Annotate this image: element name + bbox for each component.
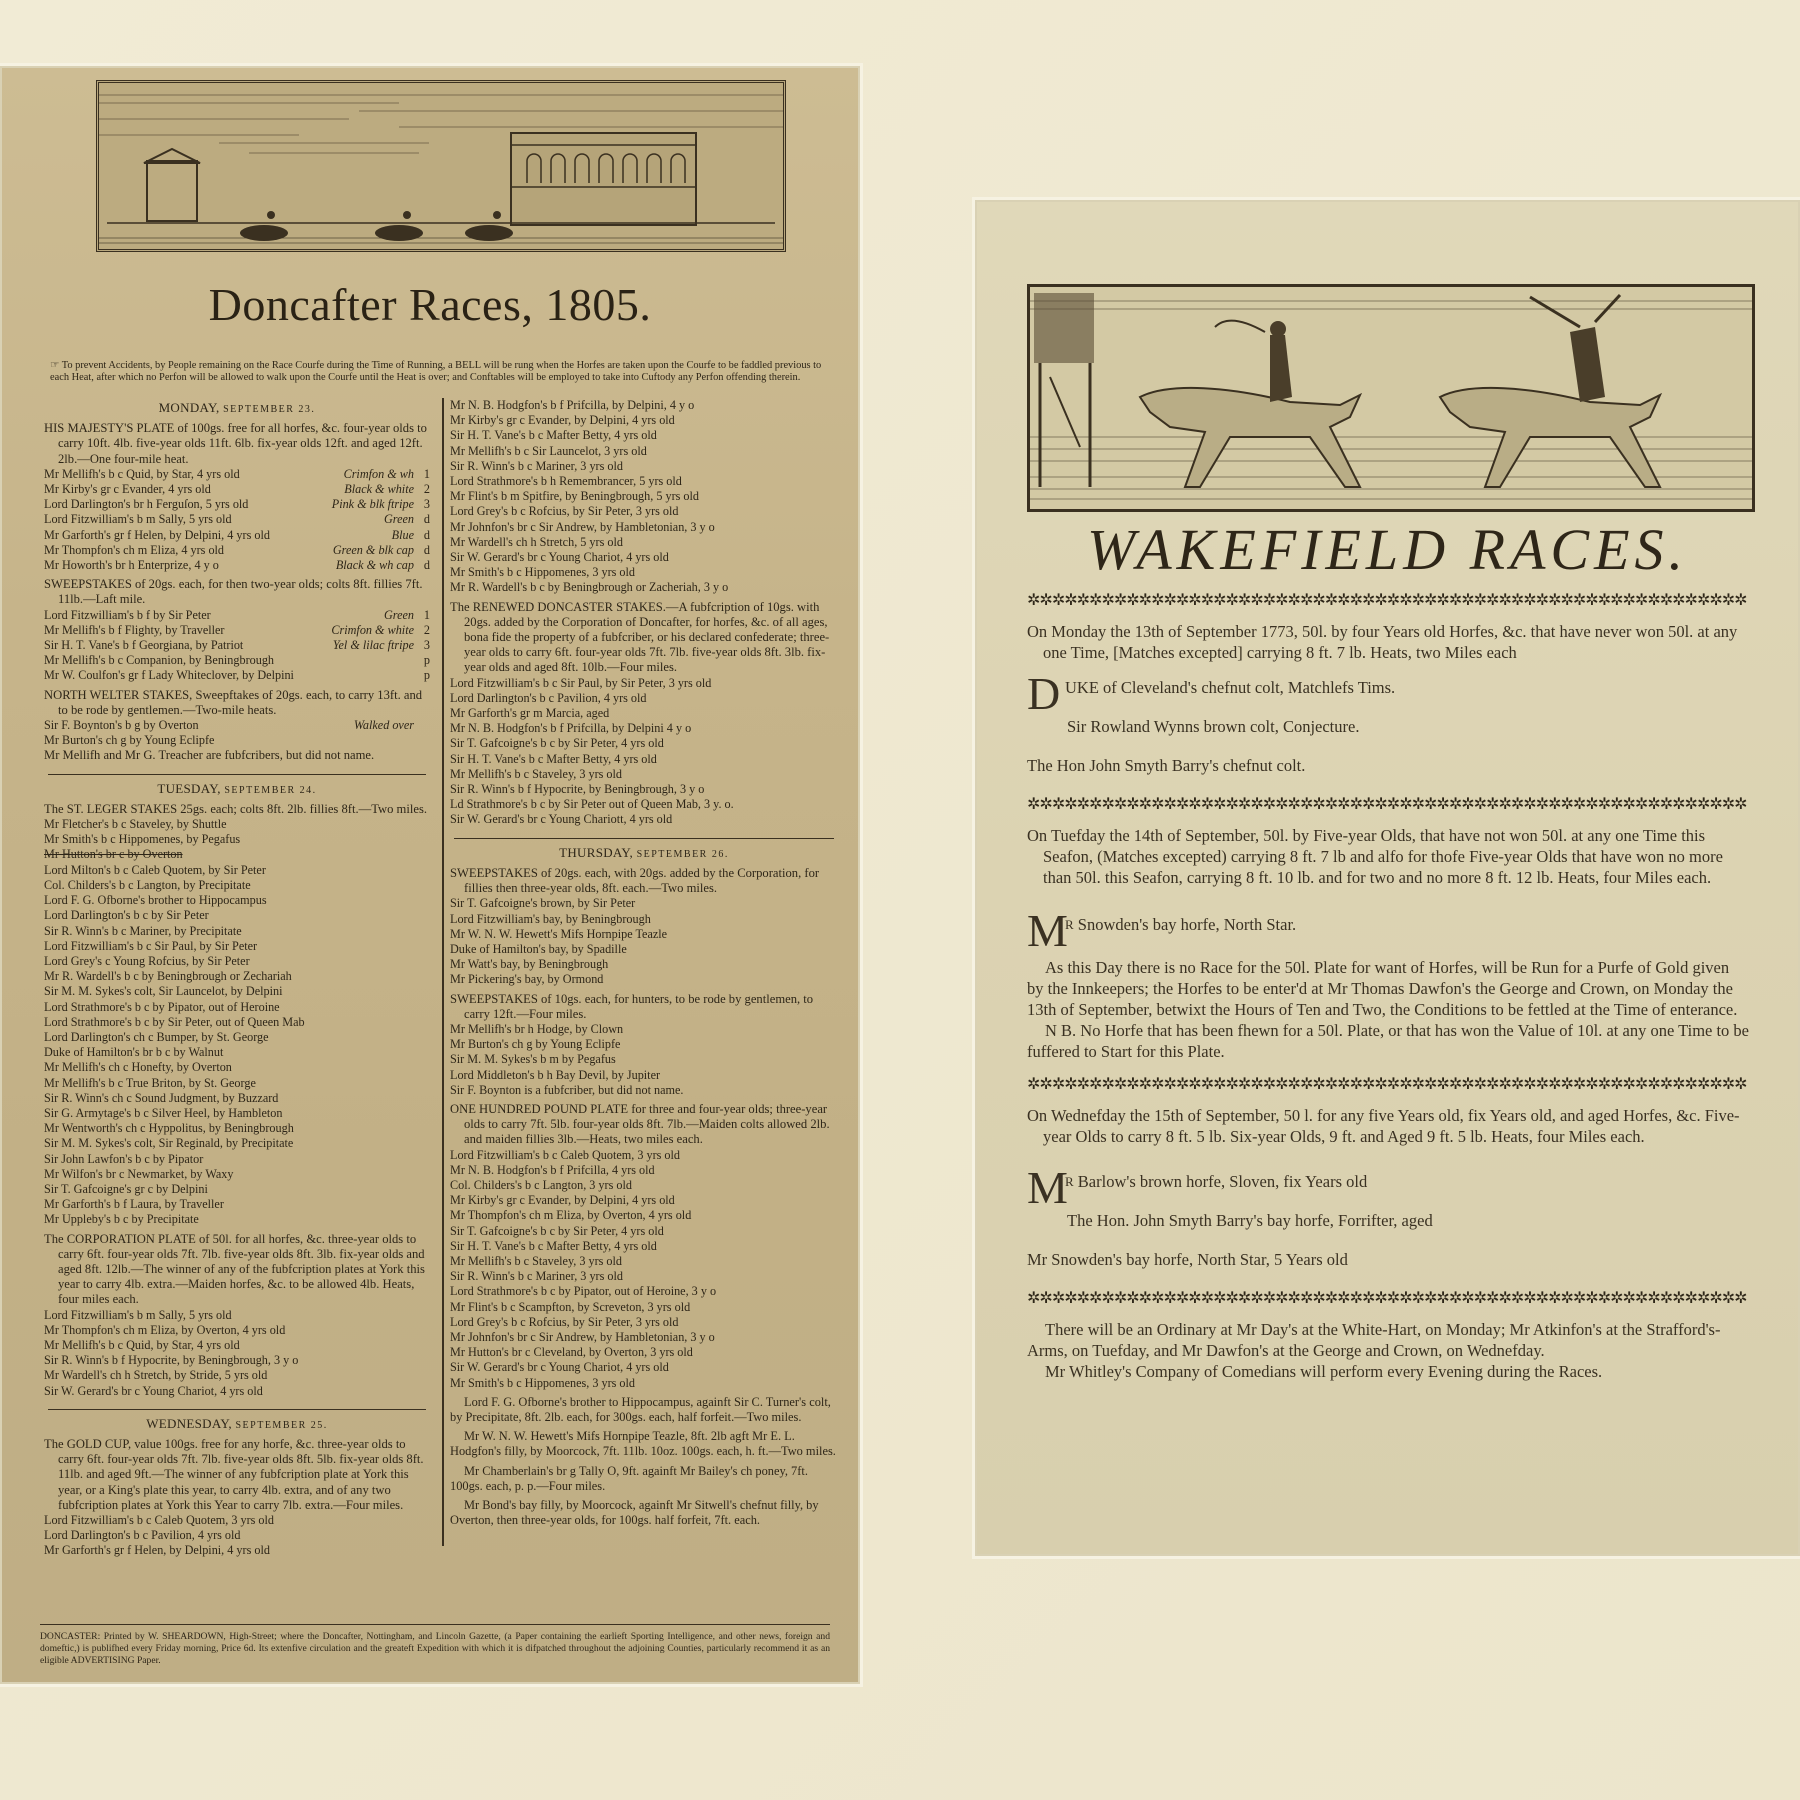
entry-row: Sir R. Winn's ch c Sound Judgment, by Bu… <box>44 1091 430 1106</box>
entry-row: Mr Flint's b m Spitfire, by Beningbrough… <box>450 489 838 504</box>
entry-row: Lord Fitzwilliam's b f by Sir PeterGreen… <box>44 608 430 623</box>
entry-row: Mr Mellifh's b c Sir Launcelot, 3 yrs ol… <box>450 444 838 459</box>
match-race: Mr Bond's bay filly, by Moorcock, againf… <box>450 1498 838 1528</box>
entry-row: Lord Darlington's ch c Bumper, by St. Ge… <box>44 1030 430 1045</box>
entry-row: Mr Mellifh's b c Staveley, 3 yrs old <box>450 767 838 782</box>
race-conditions-monday: On Monday the 13th of September 1773, 50… <box>1027 621 1749 663</box>
entry-row: Sir T. Gafcoigne's brown, by Sir Peter <box>450 896 838 911</box>
entry-row: Lord Grey's c Young Rofcius, by Sir Pete… <box>44 954 430 969</box>
entry-row: Sir W. Gerard's br c Young Chariot, 4 yr… <box>44 1384 430 1399</box>
entry-row: Lord Fitzwilliam's b m Sally, 5 yrs oldG… <box>44 512 430 527</box>
entry-row: Lord Strathmore's b h Remembrancer, 5 yr… <box>450 474 838 489</box>
entry-row: Sir W. Gerard's br c Young Chariot, 4 yr… <box>450 1360 838 1375</box>
entry-row: Sir F. Boynton is a fubfcriber, but did … <box>450 1083 838 1098</box>
entry-row: Mr Garforth's gr f Helen, by Delpini, 4 … <box>44 1543 430 1558</box>
race-conditions-wednesday: On Wednefday the 15th of September, 50 l… <box>1027 1105 1749 1147</box>
day-heading-wednesday: WEDNESDAY, SEPTEMBER 25. <box>44 1416 430 1433</box>
entry-row: Lord Darlington's b c by Sir Peter <box>44 908 430 923</box>
entry-row: Mr R. Wardell's b c by Beningbrough or Z… <box>450 580 838 595</box>
race-his-majestys-plate: HIS MAJESTY'S PLATE of 100gs. free for a… <box>44 421 430 573</box>
entry-row: Sir M. M. Sykes's b m by Pegafus <box>450 1052 838 1067</box>
entry-row: M R Snowden's bay horfe, North Star. <box>1027 914 1749 935</box>
entry-row: Mr Burton's ch g by Young Eclipfe <box>44 733 430 748</box>
entry-row: Sir M. M. Sykes's colt, Sir Launcelot, b… <box>44 984 430 999</box>
entry-row: Duke of Hamilton's bay, by Spadille <box>450 942 838 957</box>
entry-row: Mr Burton's ch g by Young Eclipfe <box>450 1037 838 1052</box>
day-heading-monday: MONDAY, SEPTEMBER 23. <box>44 400 430 417</box>
entry-row: Mr Hutton's br c by Overton <box>44 847 430 862</box>
entry-row: Mr Howorth's br h Enterprize, 4 y oBlack… <box>44 558 430 573</box>
safety-notice: ☞ To prevent Accidents, by People remain… <box>50 360 832 384</box>
entry-row: Ld Strathmore's b c by Sir Peter out of … <box>450 797 838 812</box>
poster-title: Doncafter Races, 1805. <box>0 278 860 331</box>
entry-row: Mr Kirby's gr c Evander, 4 yrs oldBlack … <box>44 482 430 497</box>
entry-row: Sir T. Gafcoigne's gr c by Delpini <box>44 1182 430 1197</box>
entry-row: Sir T. Gafcoigne's b c by Sir Peter, 4 y… <box>450 1224 838 1239</box>
entry-row: Sir R. Winn's b f Hypocrite, by Beningbr… <box>450 782 838 797</box>
entry-row: Mr Kirby's gr c Evander, by Delpini, 4 y… <box>450 413 838 428</box>
race-conditions: ONE HUNDRED POUND PLATE for three and fo… <box>450 1102 838 1148</box>
entry-row: Sir H. T. Vane's b c Mafter Betty, 4 yrs… <box>450 428 838 443</box>
race-sweepstakes-two-year-olds: SWEEPSTAKES of 20gs. each, for then two-… <box>44 577 430 683</box>
race-conditions: SWEEPSTAKES of 10gs. each, for hunters, … <box>450 992 838 1022</box>
entry-row: Mr Mellifh's b c True Briton, by St. Geo… <box>44 1076 430 1091</box>
doncaster-races-poster: Doncafter Races, 1805. ☞ To prevent Acci… <box>0 66 860 1684</box>
race-st-leger-stakes: The ST. LEGER STAKES 25gs. each; colts 8… <box>44 802 430 1228</box>
purse-notice: As this Day there is no Race for the 50l… <box>1027 957 1749 1020</box>
entry-row: Sir F. Boynton's b g by OvertonWalked ov… <box>44 718 430 733</box>
entry-row: Lord Strathmore's b c by Pipator, out of… <box>450 1284 838 1299</box>
entry-row: Sir H. T. Vane's b f Georgiana, by Patri… <box>44 638 430 653</box>
entry-row: Mr Garforth's b f Laura, by Traveller <box>44 1197 430 1212</box>
entry-row: Lord Strathmore's b c by Pipator, out of… <box>44 1000 430 1015</box>
race-conditions: The RENEWED DONCASTER STAKES.—A fubfcrip… <box>450 600 838 676</box>
match-race: Mr Chamberlain's br g Tally O, 9ft. agai… <box>450 1464 838 1494</box>
entry-row: Mr Wardell's ch h Stretch, by Stride, 5 … <box>44 1368 430 1383</box>
race-renewed-doncaster-stakes: The RENEWED DONCASTER STAKES.—A fubfcrip… <box>450 600 838 828</box>
entry-row: Mr Hutton's br c Cleveland, by Overton, … <box>450 1345 838 1360</box>
entry-row: Mr Wilfon's br c Newmarket, by Waxy <box>44 1167 430 1182</box>
race-conditions: The ST. LEGER STAKES 25gs. each; colts 8… <box>44 802 430 817</box>
entry-row: Mr Kirby's gr c Evander, by Delpini, 4 y… <box>450 1193 838 1208</box>
race-gold-cup: The GOLD CUP, value 100gs. free for any … <box>44 1437 430 1559</box>
entry-row: Lord Grey's b c Rofcius, by Sir Peter, 3… <box>450 1315 838 1330</box>
entry-row: Mr Smith's b c Hippomenes, 3 yrs old <box>450 1376 838 1391</box>
entry-row: Sir R. Winn's b c Mariner, 3 yrs old <box>450 1269 838 1284</box>
entry-row: Mr Garforth's gr m Marcia, aged <box>450 706 838 721</box>
entry-row: Mr Smith's b c Hippomenes, by Pegafus <box>44 832 430 847</box>
nb-notice: N B. No Horfe that has been fhewn for a … <box>1027 1020 1749 1062</box>
entry-row: Col. Childers's b c Langton, 3 yrs old <box>450 1178 838 1193</box>
entry-row: Sir R. Winn's b c Mariner, 3 yrs old <box>450 459 838 474</box>
race-one-hundred-pound-plate: ONE HUNDRED POUND PLATE for three and fo… <box>450 1102 838 1391</box>
entry-row: Mr Mellifh's b f Flighty, by TravellerCr… <box>44 623 430 638</box>
entry-row: Sir T. Gafcoigne's b c by Sir Peter, 4 y… <box>450 736 838 751</box>
entry-row: Sir John Lawfon's b c by Pipator <box>44 1152 430 1167</box>
race-hunters-sweepstakes: SWEEPSTAKES of 10gs. each, for hunters, … <box>450 992 838 1098</box>
ornament-rule: ✲✲✲✲✲✲✲✲✲✲✲✲✲✲✲✲✲✲✲✲✲✲✲✲✲✲✲✲✲✲✲✲✲✲✲✲✲✲✲✲… <box>1027 590 1749 611</box>
entry-row: Lord Darlington's br h Ferguſon, 5 yrs o… <box>44 497 430 512</box>
wakefield-races-poster: WAKEFIELD RACES. ✲✲✲✲✲✲✲✲✲✲✲✲✲✲✲✲✲✲✲✲✲✲✲… <box>975 200 1800 1556</box>
entry-row: Mr Pickering's bay, by Ormond <box>450 972 838 987</box>
entry-row: Lord Darlington's b c Pavilion, 4 yrs ol… <box>450 691 838 706</box>
day-heading-tuesday: TUESDAY, SEPTEMBER 24. <box>44 781 430 798</box>
left-column: MONDAY, SEPTEMBER 23. HIS MAJESTY'S PLAT… <box>44 398 430 1559</box>
entry-row: Mr Watt's bay, by Beningbrough <box>450 957 838 972</box>
entry-row: Mr Mellifh and Mr G. Treacher are fubfcr… <box>44 748 430 763</box>
drop-cap: M <box>1027 908 1068 954</box>
entry-row: Mr Thompfon's ch m Eliza, by Overton, 4 … <box>450 1208 838 1223</box>
race-conditions: SWEEPSTAKES of 20gs. each, for then two-… <box>44 577 430 607</box>
entry-row: Lord Darlington's b c Pavilion, 4 yrs ol… <box>44 1528 430 1543</box>
entry-row: Lord Fitzwilliam's b c Sir Paul, by Sir … <box>44 939 430 954</box>
entry-row: Mr Mellifh's b c Quid, by Star, 4 yrs ol… <box>44 467 430 482</box>
entry-row: Lord Fitzwilliam's b c Sir Paul, by Sir … <box>450 676 838 691</box>
ordinary-notice: There will be an Ordinary at Mr Day's at… <box>1027 1319 1749 1361</box>
racecourse-grandstand-icon <box>99 83 783 249</box>
divider <box>454 838 834 839</box>
entry-row: Mr Mellifh's b c Staveley, 3 yrs old <box>450 1254 838 1269</box>
entry-row: M R Barlow's brown horfe, Sloven, fix Ye… <box>1027 1171 1749 1192</box>
entry-row: Lord Grey's b c Rofcius, by Sir Peter, 3… <box>450 504 838 519</box>
entry-row: Duke of Hamilton's br b c by Walnut <box>44 1045 430 1060</box>
entry-row: Mr Mellifh's ch c Honefty, by Overton <box>44 1060 430 1075</box>
entry-row: Sir R. Winn's b f Hypocrite, by Beningbr… <box>44 1353 430 1368</box>
entry-row: Mr W. N. W. Hewett's Mifs Hornpipe Teazl… <box>450 927 838 942</box>
entry-row: Lord Middleton's b h Bay Devil, by Jupit… <box>450 1068 838 1083</box>
entry-row: Lord F. G. Ofborne's brother to Hippocam… <box>44 893 430 908</box>
entry-row: Mr Snowden's bay horfe, North Star, 5 Ye… <box>1027 1249 1749 1270</box>
entry-row: Lord Fitzwilliam's b m Sally, 5 yrs old <box>44 1308 430 1323</box>
race-conditions: The GOLD CUP, value 100gs. free for any … <box>44 1437 430 1513</box>
entry-row: Mr Flint's b c Scampfton, by Screveton, … <box>450 1300 838 1315</box>
entry-row: Lord Fitzwilliam's b c Caleb Quotem, 3 y… <box>44 1513 430 1528</box>
entry-row: Sir W. Gerard's br c Young Chariott, 4 y… <box>450 812 838 827</box>
entry-row: Sir Rowland Wynns brown colt, Conjecture… <box>1027 716 1749 737</box>
entry-row: D UKE of Cleveland's chefnut colt, Match… <box>1027 677 1749 698</box>
entry-row: Mr N. B. Hodgfon's b f Prifcilla, by Del… <box>450 721 838 736</box>
entry-row: Col. Childers's b c Langton, by Precipit… <box>44 878 430 893</box>
entry-row: Lord Strathmore's b c by Sir Peter, out … <box>44 1015 430 1030</box>
wakefield-body: ✲✲✲✲✲✲✲✲✲✲✲✲✲✲✲✲✲✲✲✲✲✲✲✲✲✲✲✲✲✲✲✲✲✲✲✲✲✲✲✲… <box>1027 588 1749 1382</box>
entry-row: Mr Wentworth's ch c Hyppolitus, by Benin… <box>44 1121 430 1136</box>
race-fillies-sweepstakes: SWEEPSTAKES of 20gs. each, with 20gs. ad… <box>450 866 838 988</box>
entry-row: Mr Thompfon's ch m Eliza, 4 yrs oldGreen… <box>44 543 430 558</box>
entry-row: Mr R. Wardell's b c by Beningbrough or Z… <box>44 969 430 984</box>
comedians-notice: Mr Whitley's Company of Comedians will p… <box>1027 1361 1749 1382</box>
day-heading-thursday: THURSDAY, SEPTEMBER 26. <box>450 845 838 862</box>
entry-row: Mr N. B. Hodgfon's b f Prifcilla, 4 yrs … <box>450 1163 838 1178</box>
entry-row: Mr Johnfon's br c Sir Andrew, by Hamblet… <box>450 1330 838 1345</box>
entry-row: Mr W. Coulfon's gr f Lady Whiteclover, b… <box>44 668 430 683</box>
race-corporation-plate: The CORPORATION PLATE of 50l. for all ho… <box>44 1232 430 1399</box>
race-conditions: SWEEPSTAKES of 20gs. each, with 20gs. ad… <box>450 866 838 896</box>
entry-row: Mr Mellifh's b c Quid, by Star, 4 yrs ol… <box>44 1338 430 1353</box>
entry-row: Mr Wardell's ch h Stretch, 5 yrs old <box>450 535 838 550</box>
entry-row: Mr Mellifh's br h Hodge, by Clown <box>450 1022 838 1037</box>
entry-row: Sir H. T. Vane's b c Mafter Betty, 4 yrs… <box>450 1239 838 1254</box>
printer-imprint: DONCASTER: Printed by W. SHEARDOWN, High… <box>40 1624 830 1667</box>
entry-row: Mr Uppleby's b c by Precipitate <box>44 1212 430 1227</box>
poster-title: WAKEFIELD RACES. <box>975 516 1800 583</box>
entry-row: Sir R. Winn's b c Mariner, by Precipitat… <box>44 924 430 939</box>
entry-row: Mr Garforth's gr f Helen, by Delpini, 4 … <box>44 528 430 543</box>
entry-row: Lord Fitzwilliam's bay, by Beningbrough <box>450 912 838 927</box>
race-conditions: NORTH WELTER STAKES, Sweepftakes of 20gs… <box>44 688 430 718</box>
entry-row: Mr Thompfon's ch m Eliza, by Overton, 4 … <box>44 1323 430 1338</box>
entry-row: Sir W. Gerard's br c Young Chariot, 4 yr… <box>450 550 838 565</box>
entry-row: Mr N. B. Hodgfon's b f Prifcilla, by Del… <box>450 398 838 413</box>
race-north-welter-stakes: NORTH WELTER STAKES, Sweepftakes of 20gs… <box>44 688 430 764</box>
drop-cap: M <box>1027 1165 1068 1211</box>
entry-row: The Hon. John Smyth Barry's bay horfe, F… <box>1027 1210 1749 1231</box>
race-conditions: HIS MAJESTY'S PLATE of 100gs. free for a… <box>44 421 430 467</box>
entry-row: Sir G. Armytage's b c Silver Heel, by Ha… <box>44 1106 430 1121</box>
entry-row: Mr Mellifh's b c Companion, by Beningbro… <box>44 653 430 668</box>
entry-row: Sir H. T. Vane's b c Mafter Betty, 4 yrs… <box>450 752 838 767</box>
race-conditions-tuesday: On Tuefday the 14th of September, 50l. b… <box>1027 825 1749 888</box>
ornament-rule: ✲✲✲✲✲✲✲✲✲✲✲✲✲✲✲✲✲✲✲✲✲✲✲✲✲✲✲✲✲✲✲✲✲✲✲✲✲✲✲✲… <box>1027 1288 1749 1309</box>
ornament-rule: ✲✲✲✲✲✲✲✲✲✲✲✲✲✲✲✲✲✲✲✲✲✲✲✲✲✲✲✲✲✲✲✲✲✲✲✲✲✲✲✲… <box>1027 794 1749 815</box>
ornament-rule: ✲✲✲✲✲✲✲✲✲✲✲✲✲✲✲✲✲✲✲✲✲✲✲✲✲✲✲✲✲✲✲✲✲✲✲✲✲✲✲✲… <box>1027 1074 1749 1095</box>
racing-horses-icon <box>1030 287 1752 509</box>
right-column: Mr N. B. Hodgfon's b f Prifcilla, by Del… <box>442 398 838 1546</box>
divider <box>48 1409 426 1410</box>
entry-row: Lord Milton's b c Caleb Quotem, by Sir P… <box>44 863 430 878</box>
entry-row: Sir M. M. Sykes's colt, Sir Reginald, by… <box>44 1136 430 1151</box>
race-conditions: The CORPORATION PLATE of 50l. for all ho… <box>44 1232 430 1308</box>
jockeys-woodcut <box>1027 284 1755 512</box>
match-race: Lord F. G. Ofborne's brother to Hippocam… <box>450 1395 838 1425</box>
entry-row: Mr Johnfon's br c Sir Andrew, by Hamblet… <box>450 520 838 535</box>
entry-row: Mr Smith's b c Hippomenes, 3 yrs old <box>450 565 838 580</box>
entry-row: Mr Fletcher's b c Staveley, by Shuttle <box>44 817 430 832</box>
drop-cap: D <box>1027 671 1060 717</box>
racecourse-engraving <box>96 80 786 252</box>
match-race: Mr W. N. W. Hewett's Mifs Hornpipe Teazl… <box>450 1429 838 1459</box>
divider <box>48 774 426 775</box>
entry-row: The Hon John Smyth Barry's chefnut colt. <box>1027 755 1749 776</box>
entry-row: Lord Fitzwilliam's b c Caleb Quotem, 3 y… <box>450 1148 838 1163</box>
